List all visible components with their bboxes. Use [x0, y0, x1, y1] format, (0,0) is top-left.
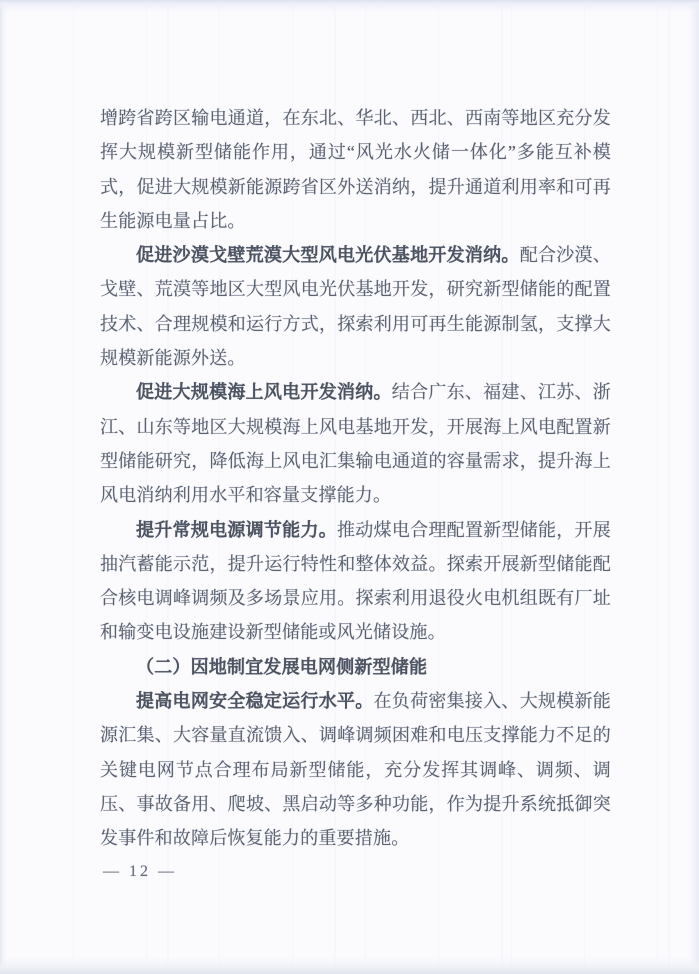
paragraph-text: 在负荷密集接入、大规模新能源汇集、大容量直流馈入、调峰调频困难和电压支撑能力不足…	[100, 691, 611, 848]
paragraph-lead-sentence: 促进沙漠戈壁荒漠大型风电光伏基地开发消纳。	[136, 245, 520, 265]
page-body-text: 增跨省跨区输电通道，在东北、华北、西北、西南等地区充分发挥大规模新型储能作用，通…	[100, 101, 611, 856]
paragraph-offshore-wind: 促进大规模海上风电开发消纳。结合广东、福建、江苏、浙江、山东等地区大规模海上风电…	[100, 375, 611, 512]
paragraph-lead-sentence: 提升常规电源调节能力。	[136, 520, 337, 540]
paragraph-grid-side-storage: 提高电网安全稳定运行水平。在负荷密集接入、大规模新能源汇集、大容量直流馈入、调峰…	[100, 684, 611, 855]
section-heading: （二）因地制宜发展电网侧新型储能	[100, 650, 611, 684]
paragraph-text: 增跨省跨区输电通道，在东北、华北、西北、西南等地区充分发挥大规模新型储能作用，通…	[100, 108, 611, 231]
paragraph-conventional-power: 提升常规电源调节能力。推动煤电合理配置新型储能，开展抽汽蓄能示范，提升运行特性和…	[100, 513, 611, 650]
paragraph-desert-bases: 促进沙漠戈壁荒漠大型风电光伏基地开发消纳。配合沙漠、戈壁、荒漠等地区大型风电光伏…	[100, 238, 611, 375]
paragraph-continuation: 增跨省跨区输电通道，在东北、华北、西北、西南等地区充分发挥大规模新型储能作用，通…	[100, 101, 611, 238]
paragraph-lead-sentence: 促进大规模海上风电开发消纳。	[136, 382, 392, 402]
document-page: 增跨省跨区输电通道，在东北、华北、西北、西南等地区充分发挥大规模新型储能作用，通…	[0, 0, 699, 974]
page-number: — 12 —	[103, 860, 177, 884]
paragraph-lead-sentence: 提高电网安全稳定运行水平。	[136, 691, 374, 711]
